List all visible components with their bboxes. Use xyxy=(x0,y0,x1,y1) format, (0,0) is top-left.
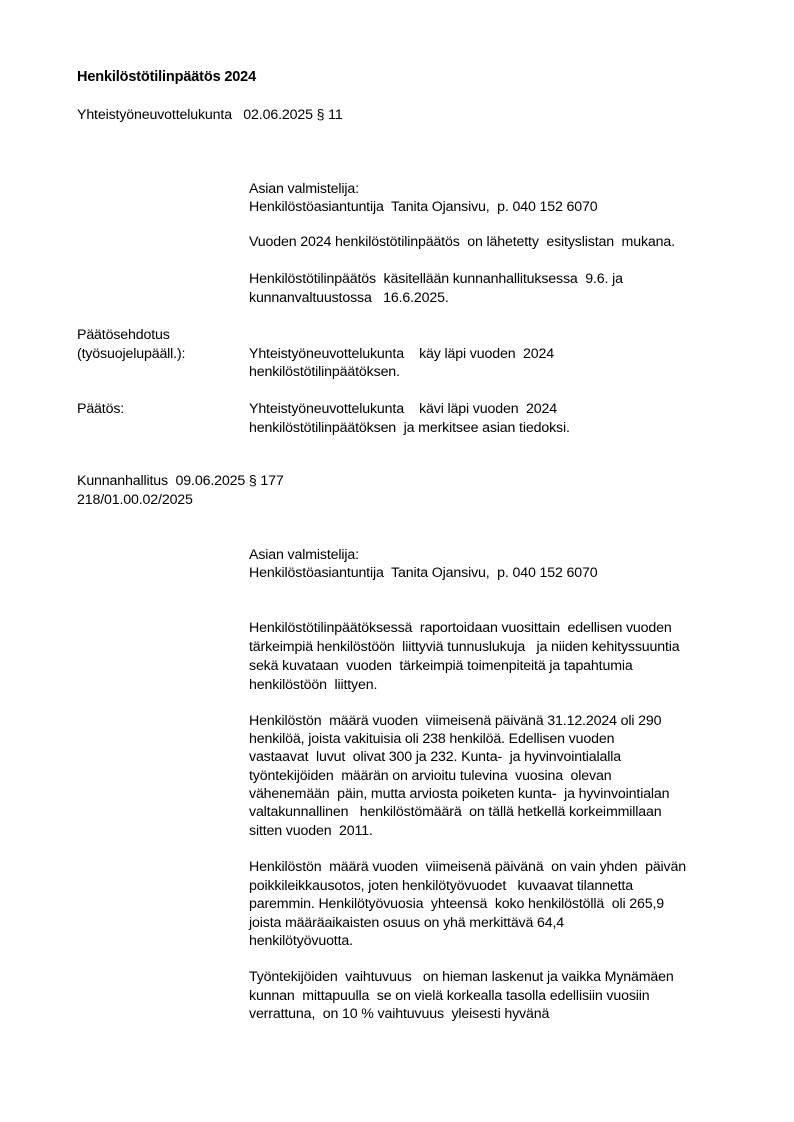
meeting-header-kh: Kunnanhallitus 09.06.2025 § 177 xyxy=(77,472,284,490)
paragraph-line: joista määräaikaisten osuus on yhä merki… xyxy=(249,914,564,932)
paragraph-line: Henkilöstön määrä vuoden viimeisenä päiv… xyxy=(249,858,686,876)
paragraph-line: vähenemään päin, mutta arviosta poiketen… xyxy=(249,785,669,803)
paragraph-line: Henkilöstön määrä vuoden viimeisenä päiv… xyxy=(249,712,661,730)
decision-text: Yhteistyöneuvottelukunta kävi läpi vuode… xyxy=(249,400,557,418)
paragraph-line: henkilötyövuotta. xyxy=(249,932,353,950)
paragraph-line: paremmin. Henkilötyövuosia yhteensä koko… xyxy=(249,895,664,913)
paragraph-line: Henkilöstötilinpäätöksessä raportoidaan … xyxy=(249,619,672,637)
paragraph-line: verrattuna, on 10 % vaihtuvuus yleisesti… xyxy=(249,1005,549,1023)
proposal-text: henkilöstötilinpäätöksen. xyxy=(249,363,400,381)
preparer-name: Henkilöstöasiantuntija Tanita Ojansivu, … xyxy=(249,564,597,582)
paragraph-line: työntekijöiden määrän on arvioitu tulevi… xyxy=(249,767,611,785)
paragraph-line: henkilöstöön liittyen. xyxy=(249,676,377,694)
proposal-label: Päätösehdotus xyxy=(77,326,170,344)
paragraph-line: sekä kuvataan vuoden tärkeimpiä toimenpi… xyxy=(249,657,633,675)
proposal-text: Yhteistyöneuvottelukunta käy läpi vuoden… xyxy=(249,345,554,363)
paragraph-line: Työntekijöiden vaihtuvuus on hieman lask… xyxy=(249,968,674,986)
decision-text: henkilöstötilinpäätöksen ja merkitsee as… xyxy=(249,419,570,437)
document-title: Henkilöstötilinpäätös 2024 xyxy=(77,68,256,86)
paragraph-line: sitten vuoden 2011. xyxy=(249,822,373,840)
paragraph-line: henkilöä, joista vakituisia oli 238 henk… xyxy=(249,730,614,748)
proposal-label-sub: (työsuojelupääll.): xyxy=(77,345,185,363)
record-number: 218/01.00.02/2025 xyxy=(77,491,193,509)
paragraph-line: valtakunnallinen henkilöstömäärä on täll… xyxy=(249,803,662,821)
preparer-name: Henkilöstöasiantuntija Tanita Ojansivu, … xyxy=(249,198,597,216)
paragraph-line: tärkeimpiä henkilöstöön liittyviä tunnus… xyxy=(249,638,680,656)
preparer-label: Asian valmistelija: xyxy=(249,180,359,198)
paragraph-line: poikkileikkausotos, joten henkilötyövuod… xyxy=(249,877,633,895)
paragraph-line: kunnan mittapuulla se on vielä korkealla… xyxy=(249,987,650,1005)
decision-label: Päätös: xyxy=(77,400,124,418)
paragraph-line: vastaavat luvut olivat 300 ja 232. Kunta… xyxy=(249,748,621,766)
paragraph-line: Henkilöstötilinpäätös käsitellään kunnan… xyxy=(249,270,623,288)
preparer-label: Asian valmistelija: xyxy=(249,546,359,564)
paragraph: Vuoden 2024 henkilöstötilinpäätös on läh… xyxy=(249,233,675,251)
meeting-header-ytnk: Yhteistyöneuvottelukunta 02.06.2025 § 11 xyxy=(77,106,343,124)
paragraph-line: kunnanvaltuustossa 16.6.2025. xyxy=(249,289,449,307)
